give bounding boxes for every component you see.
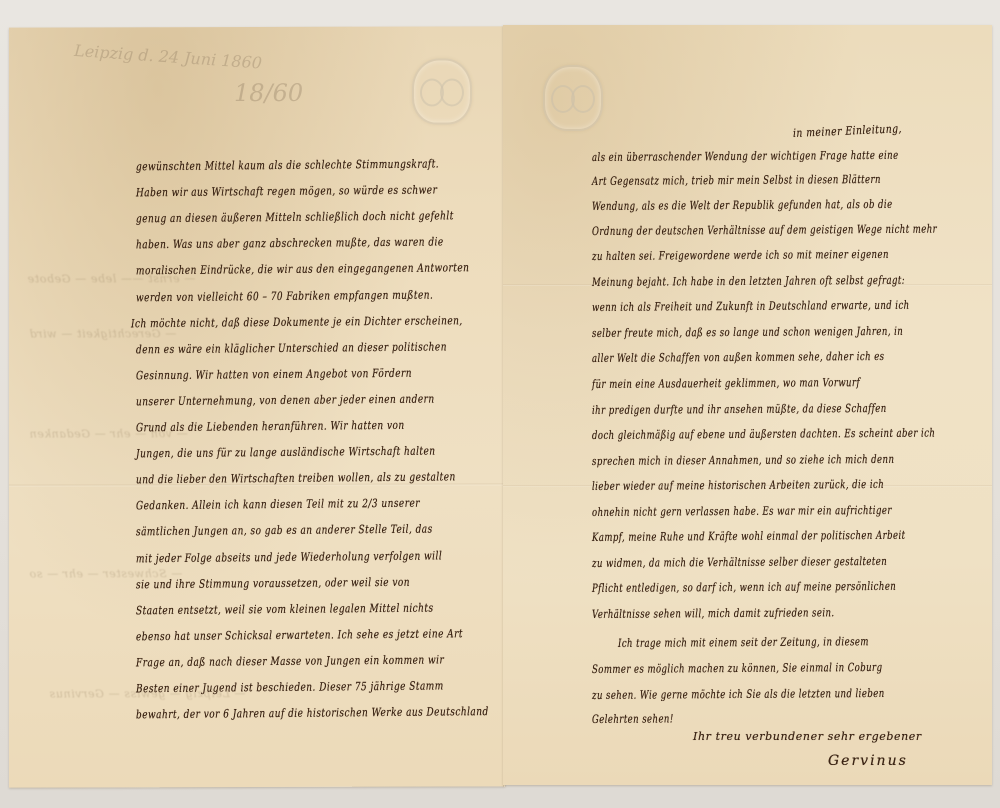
handwritten-line: Art Gegensatz mich, trieb mir mein Selbs…	[592, 172, 881, 188]
handwritten-line: Sommer es möglich machen zu können, Sie …	[592, 660, 883, 676]
embossed-monogram-seal	[543, 65, 603, 131]
handwritten-line: als ein überraschender Wendung der wicht…	[592, 148, 899, 164]
handwritten-line: selber freute mich, daß es so lange und …	[592, 324, 903, 340]
handwritten-line: ohnehin nicht gern verlassen habe. Es wa…	[592, 503, 892, 519]
pencil-date-header: Leipzig d. 24 Juni 1860	[74, 41, 263, 73]
handwritten-line: zu widmen, da mich die Verhältnisse selb…	[592, 554, 887, 570]
handwritten-line: lieber wieder auf meine historischen Arb…	[592, 477, 884, 493]
handwritten-line: Jungen, die uns für zu lange ausländisch…	[136, 444, 417, 461]
handwritten-line: werden von vielleicht 60 – 70 Fabriken e…	[136, 287, 417, 304]
handwritten-line: aller Welt die Schaffen von außen kommen…	[592, 349, 885, 365]
handwritten-line: Kampf, meine Ruhe und Kräfte wohl einmal…	[592, 528, 906, 544]
handwritten-line: Ich möchte nicht, daß diese Dokumente je…	[131, 313, 412, 330]
handwritten-line: Gelehrten sehen!	[592, 711, 674, 726]
handwritten-line: Grund als die Liebenden heranführen. Wir…	[136, 418, 417, 435]
handwritten-line: unserer Unternehmung, von denen aber jed…	[136, 392, 417, 409]
handwritten-line: bewahrt, der vor 6 Jahren auf die histor…	[136, 705, 417, 722]
handwritten-insertion: in meiner Einleitung,	[793, 121, 902, 140]
handwritten-line: Gedanken. Allein ich kann diesen Teil mi…	[136, 496, 417, 513]
handwritten-line: für mein eine Ausdauerheit geklimmen, wo…	[592, 375, 860, 391]
handwritten-line: moralischen Eindrücke, die wir aus den e…	[136, 261, 417, 278]
handwritten-line: sämtlichen Jungen an, so gab es an ander…	[136, 522, 417, 539]
handwritten-line: sprechen mich in dieser Annahmen, und so…	[592, 452, 894, 468]
handwritten-line: Wendung, als es die Welt der Republik ge…	[592, 197, 893, 213]
handwritten-line: zu sehen. Wie gerne möchte ich Sie als d…	[592, 686, 885, 702]
embossed-monogram-seal	[412, 58, 472, 124]
handwritten-line: Frage an, daß nach dieser Masse von Jung…	[136, 653, 417, 670]
handwritten-line: Ordnung der deutschen Verhältnisse auf d…	[592, 222, 937, 238]
handwritten-line: Meinung bejaht. Ich habe in den letzten …	[592, 273, 905, 289]
handwritten-line: gewünschten Mittel kaum als die schlecht…	[136, 157, 417, 174]
handwritten-line: ihr predigen durfte und ihr ansehen müßt…	[592, 401, 887, 417]
handwritten-line: sie und ihre Stimmung voraussetzen, oder…	[136, 574, 417, 591]
letter-closing: Ihr treu verbundener sehr ergebener	[693, 730, 922, 743]
handwritten-line: zu halten sei. Freigewordene werde ich s…	[592, 247, 889, 263]
handwritten-line: und die lieber den Wirtschaften treiben …	[136, 470, 417, 487]
handwritten-line: genug an diesen äußeren Mitteln schließl…	[136, 209, 417, 226]
right-page: in meiner Einleitung,als ein überraschen…	[503, 25, 992, 785]
handwritten-line: Haben wir aus Wirtschaft regen mögen, so…	[136, 183, 417, 200]
handwritten-line: Verhältnisse sehen will, mich damit zufr…	[592, 605, 835, 621]
handwritten-line: Staaten entsetzt, weil sie vom kleinen l…	[136, 600, 417, 617]
handwritten-line: mit jeder Folge abseits und jede Wiederh…	[136, 548, 417, 565]
pencil-archive-number: 18/60	[234, 79, 303, 107]
letter-sheet: Leipzig d. 24 Juni 1860 18/60 — ernst ——…	[9, 27, 997, 787]
handwritten-line: Gesinnung. Wir hatten von einem Angebot …	[136, 365, 417, 382]
handwritten-line: ebenso hat unser Schicksal erwarteten. I…	[136, 626, 417, 643]
handwritten-line: haben. Was uns aber ganz abschrecken muß…	[136, 235, 417, 252]
handwritten-line: wenn ich als Freiheit und Zukunft in Deu…	[592, 298, 910, 314]
handwritten-line: Ich trage mich mit einem seit der Zeitun…	[618, 634, 869, 650]
handwritten-line: Besten einer Jugend ist beschieden. Dies…	[136, 679, 417, 696]
signature: Gervinus	[828, 753, 908, 769]
handwritten-line: doch gleichmäßig auf ebene und äußersten…	[592, 426, 935, 442]
handwritten-line: denn es wäre ein kläglicher Unterschied …	[136, 339, 417, 356]
left-page: Leipzig d. 24 Juni 1860 18/60 — ernst ——…	[9, 26, 505, 787]
handwritten-line: Pflicht entledigen, so darf ich, wenn ic…	[592, 579, 896, 595]
